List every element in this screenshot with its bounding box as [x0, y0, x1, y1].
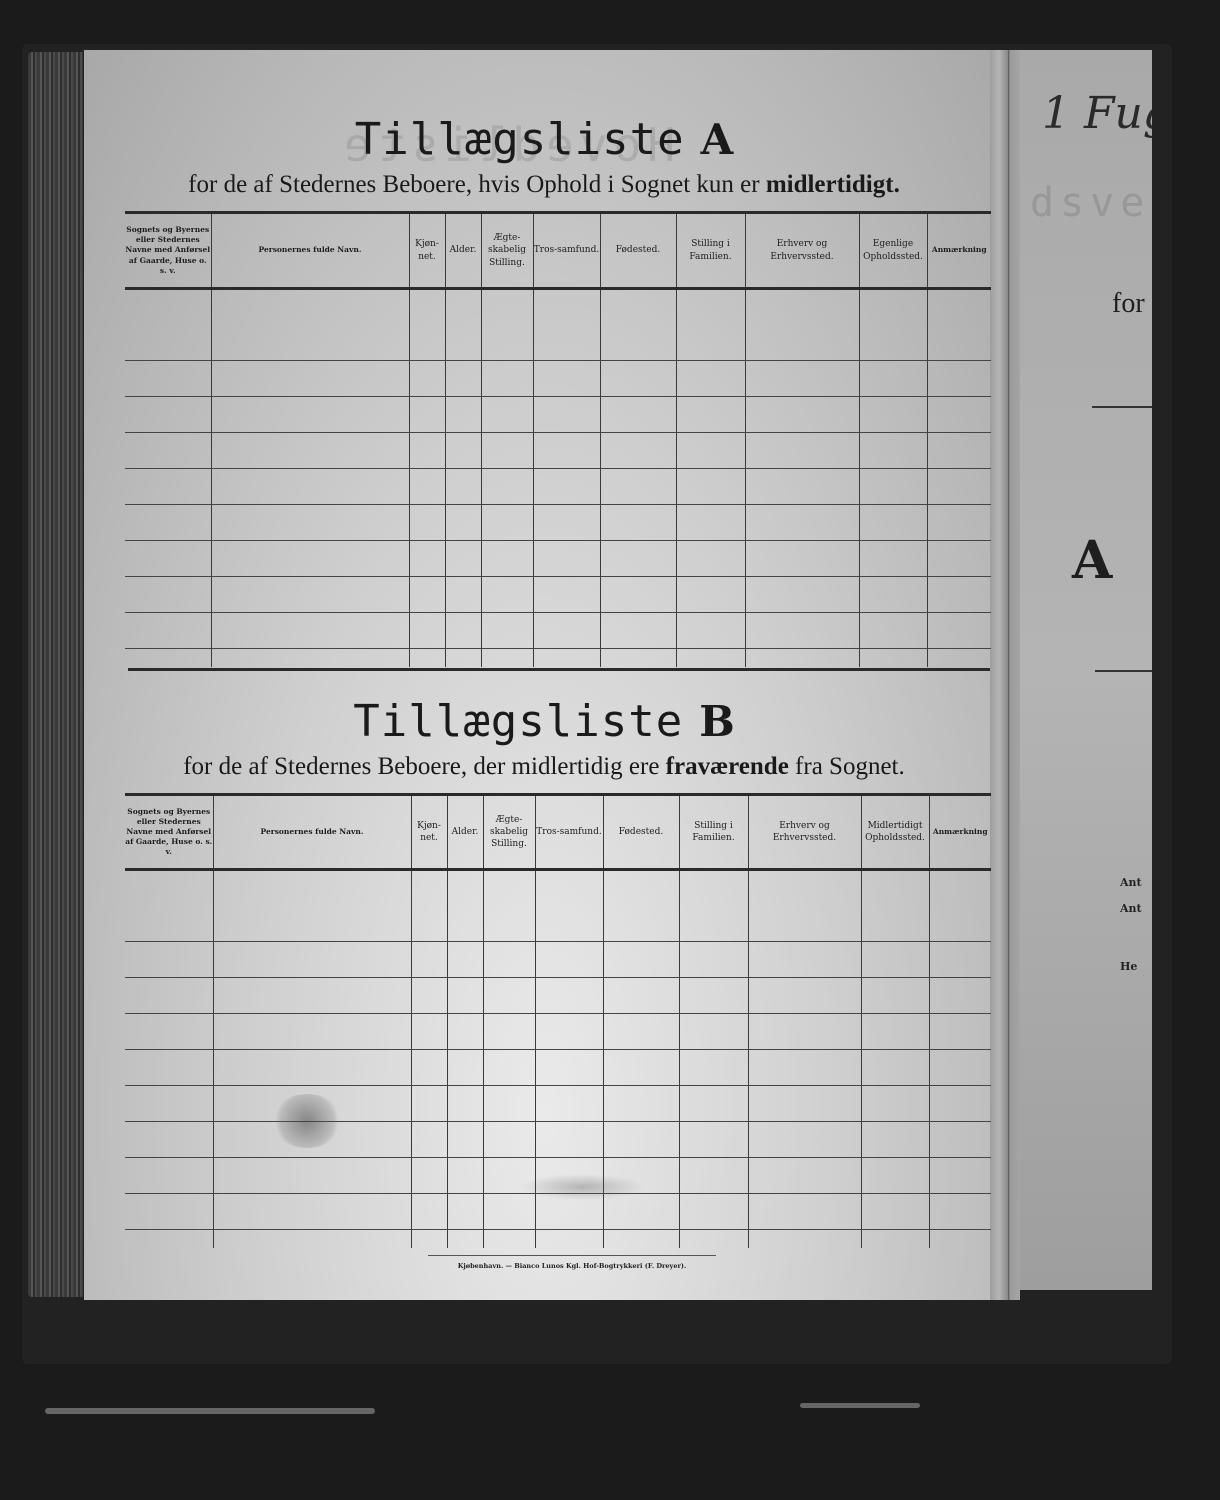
- cell[interactable]: [447, 1230, 483, 1248]
- printer-imprint: Kjøbenhavn. — Bianco Lunos Kgl. Hof-Bogt…: [428, 1262, 716, 1270]
- cell[interactable]: [445, 577, 481, 613]
- cell[interactable]: [679, 1014, 748, 1050]
- table-row: [125, 1050, 991, 1086]
- cell[interactable]: [481, 469, 533, 505]
- column-header-marital: Ægte-skabelig Stilling.: [481, 213, 533, 289]
- column-header-name: Personernes fulde Navn.: [213, 795, 411, 870]
- cell[interactable]: [447, 1194, 483, 1230]
- cell[interactable]: [409, 613, 445, 649]
- cell[interactable]: [603, 942, 679, 978]
- cell[interactable]: [447, 1014, 483, 1050]
- cell[interactable]: [679, 1158, 748, 1194]
- book-cover-edge: [800, 1403, 920, 1408]
- table-row: [125, 613, 991, 649]
- cell[interactable]: [861, 1086, 929, 1122]
- table-row: [125, 978, 991, 1014]
- cell[interactable]: [535, 1230, 603, 1248]
- cell[interactable]: [481, 361, 533, 397]
- cell[interactable]: [213, 1050, 411, 1086]
- cell[interactable]: [676, 613, 745, 649]
- table-row: [125, 541, 991, 577]
- cell[interactable]: [600, 361, 676, 397]
- cell[interactable]: [679, 1086, 748, 1122]
- cell[interactable]: [535, 978, 603, 1014]
- cell[interactable]: [861, 1050, 929, 1086]
- cell[interactable]: [927, 541, 991, 577]
- cell[interactable]: [411, 978, 447, 1014]
- cell[interactable]: [676, 577, 745, 613]
- cell[interactable]: [676, 541, 745, 577]
- cell[interactable]: [411, 1122, 447, 1158]
- cell[interactable]: [859, 505, 927, 541]
- cell[interactable]: [745, 613, 859, 649]
- cell[interactable]: [211, 397, 409, 433]
- cell[interactable]: [748, 1086, 861, 1122]
- cell[interactable]: [447, 1050, 483, 1086]
- cell[interactable]: [861, 942, 929, 978]
- cell[interactable]: [125, 649, 211, 667]
- cell[interactable]: [211, 505, 409, 541]
- cell[interactable]: [481, 541, 533, 577]
- cell[interactable]: [533, 649, 600, 667]
- cell[interactable]: [211, 469, 409, 505]
- facing-label: Ant: [1120, 902, 1142, 915]
- cell[interactable]: [213, 1158, 411, 1194]
- cell[interactable]: [211, 433, 409, 469]
- cell[interactable]: [483, 1014, 535, 1050]
- cell[interactable]: [483, 1086, 535, 1122]
- cell[interactable]: [748, 1194, 861, 1230]
- cell[interactable]: [929, 1086, 991, 1122]
- cell[interactable]: [745, 361, 859, 397]
- cell[interactable]: [679, 1194, 748, 1230]
- column-header-residence: Egenlige Opholdssted.: [859, 213, 927, 289]
- cell[interactable]: [125, 541, 211, 577]
- cell[interactable]: [861, 1230, 929, 1248]
- cell[interactable]: [679, 870, 748, 942]
- cell[interactable]: [861, 870, 929, 942]
- cell[interactable]: [125, 505, 211, 541]
- facing-page: 1 Fug dsve for A Ant Ant He: [1020, 50, 1152, 1290]
- cell[interactable]: [125, 1050, 213, 1086]
- column-header-place: Sognets og Byernes eller Stedernes Navne…: [125, 213, 211, 289]
- cell[interactable]: [676, 361, 745, 397]
- cell[interactable]: [748, 1122, 861, 1158]
- cell[interactable]: [929, 1014, 991, 1050]
- ink-smudge: [520, 1174, 645, 1200]
- cell[interactable]: [533, 289, 600, 361]
- cell[interactable]: [603, 870, 679, 942]
- cell[interactable]: [409, 649, 445, 667]
- cell[interactable]: [125, 1158, 213, 1194]
- cell[interactable]: [676, 433, 745, 469]
- cell[interactable]: [600, 649, 676, 667]
- cell[interactable]: [411, 870, 447, 942]
- column-header-birthplace: Fødested.: [600, 213, 676, 289]
- cell[interactable]: [600, 433, 676, 469]
- cell[interactable]: [927, 577, 991, 613]
- cell[interactable]: [861, 1122, 929, 1158]
- column-header-marital: Ægte-skabelig Stilling.: [483, 795, 535, 870]
- table-row: [125, 577, 991, 613]
- cell[interactable]: [600, 289, 676, 361]
- cell[interactable]: [929, 870, 991, 942]
- cell[interactable]: [745, 505, 859, 541]
- cell[interactable]: [533, 577, 600, 613]
- table-a: Sognets og Byernes eller Stedernes Navne…: [125, 211, 991, 667]
- cell[interactable]: [483, 942, 535, 978]
- cell[interactable]: [679, 942, 748, 978]
- cell[interactable]: [927, 469, 991, 505]
- cell[interactable]: [211, 541, 409, 577]
- cell[interactable]: [745, 541, 859, 577]
- cell[interactable]: [481, 613, 533, 649]
- cell[interactable]: [483, 1050, 535, 1086]
- cell[interactable]: [533, 613, 600, 649]
- cell[interactable]: [445, 361, 481, 397]
- cell[interactable]: [411, 1014, 447, 1050]
- cell[interactable]: [211, 361, 409, 397]
- cell[interactable]: [409, 433, 445, 469]
- cell[interactable]: [533, 361, 600, 397]
- cell[interactable]: [929, 978, 991, 1014]
- subtitle-text: for de af Stedernes Beboere, hvis Ophold…: [188, 171, 759, 198]
- cell[interactable]: [676, 289, 745, 361]
- cell[interactable]: [125, 577, 211, 613]
- column-header-birthplace: Fødested.: [603, 795, 679, 870]
- table-row: [125, 1230, 991, 1248]
- table-row: [125, 433, 991, 469]
- cell[interactable]: [533, 505, 600, 541]
- cell[interactable]: [409, 469, 445, 505]
- cell[interactable]: [676, 505, 745, 541]
- table-b-title: TillægslisteB: [84, 696, 1004, 747]
- cell[interactable]: [745, 433, 859, 469]
- column-header-name: Personernes fulde Navn.: [211, 213, 409, 289]
- cell[interactable]: [409, 289, 445, 361]
- cell[interactable]: [745, 469, 859, 505]
- cell[interactable]: [929, 1230, 991, 1248]
- cell[interactable]: [411, 1086, 447, 1122]
- cell[interactable]: [927, 433, 991, 469]
- column-header-occupation: Erhverv og Erhvervssted.: [745, 213, 859, 289]
- cell[interactable]: [745, 289, 859, 361]
- cell[interactable]: [927, 361, 991, 397]
- cell[interactable]: [535, 1014, 603, 1050]
- column-header-place: Sognets og Byernes eller Stedernes Navne…: [125, 795, 213, 870]
- cell[interactable]: [125, 942, 213, 978]
- cell[interactable]: [676, 397, 745, 433]
- cell[interactable]: [125, 1194, 213, 1230]
- cell[interactable]: [125, 1086, 213, 1122]
- cell[interactable]: [533, 541, 600, 577]
- cell[interactable]: [927, 613, 991, 649]
- cell[interactable]: [748, 978, 861, 1014]
- cell[interactable]: [748, 942, 861, 978]
- cell[interactable]: [213, 942, 411, 978]
- cell[interactable]: [125, 1122, 213, 1158]
- cell[interactable]: [745, 649, 859, 667]
- cell[interactable]: [445, 649, 481, 667]
- cell[interactable]: [927, 397, 991, 433]
- bleed-through-text: dsve: [1030, 180, 1150, 226]
- imprint-rule: [428, 1255, 716, 1256]
- cell[interactable]: [679, 978, 748, 1014]
- cell[interactable]: [125, 1014, 213, 1050]
- cell[interactable]: [125, 613, 211, 649]
- cell[interactable]: [411, 1194, 447, 1230]
- cell[interactable]: [859, 613, 927, 649]
- cell[interactable]: [411, 942, 447, 978]
- cell[interactable]: [125, 978, 213, 1014]
- cell[interactable]: [483, 1194, 535, 1230]
- cell[interactable]: [409, 541, 445, 577]
- table-row: [125, 870, 991, 942]
- cell[interactable]: [927, 289, 991, 361]
- cell[interactable]: [483, 1230, 535, 1248]
- cell[interactable]: [125, 397, 211, 433]
- table-a-subtitle: for de af Stedernes Beboere, hvis Ophold…: [84, 171, 1004, 199]
- cell[interactable]: [411, 1230, 447, 1248]
- cell[interactable]: [600, 613, 676, 649]
- cell[interactable]: [125, 289, 211, 361]
- cell[interactable]: [125, 361, 211, 397]
- cell[interactable]: [748, 1050, 861, 1086]
- column-header-religion: Tros-samfund.: [533, 213, 600, 289]
- cell[interactable]: [745, 397, 859, 433]
- cell[interactable]: [411, 1050, 447, 1086]
- title-text: Tillægsliste: [355, 114, 685, 165]
- handwritten-annotation: 1 Fug: [1042, 88, 1152, 139]
- column-header-family-position: Stilling i Familien.: [679, 795, 748, 870]
- cell[interactable]: [125, 433, 211, 469]
- cell[interactable]: [213, 1014, 411, 1050]
- cell[interactable]: [447, 1086, 483, 1122]
- cell[interactable]: [445, 433, 481, 469]
- cell[interactable]: [929, 1158, 991, 1194]
- rule-line: [1092, 406, 1152, 408]
- cell[interactable]: [929, 1050, 991, 1086]
- cell[interactable]: [483, 1122, 535, 1158]
- cell[interactable]: [600, 541, 676, 577]
- cell[interactable]: [676, 469, 745, 505]
- cell[interactable]: [483, 870, 535, 942]
- cell[interactable]: [213, 978, 411, 1014]
- cell[interactable]: [859, 577, 927, 613]
- book-page-edges: [28, 52, 83, 1297]
- cell[interactable]: [481, 649, 533, 667]
- cell[interactable]: [535, 1122, 603, 1158]
- table-row: [125, 505, 991, 541]
- column-header-remarks: Anmærkning: [929, 795, 991, 870]
- cell[interactable]: [447, 870, 483, 942]
- cell[interactable]: [445, 505, 481, 541]
- book-gutter: [990, 50, 1020, 1300]
- cell[interactable]: [535, 1050, 603, 1086]
- subtitle-emphasis: midlertidigt.: [766, 171, 900, 198]
- cell[interactable]: [409, 505, 445, 541]
- cell[interactable]: [600, 577, 676, 613]
- cell[interactable]: [411, 1158, 447, 1194]
- cell[interactable]: [447, 942, 483, 978]
- cell[interactable]: [603, 1230, 679, 1248]
- title-text: Tillægsliste: [353, 696, 683, 747]
- cell[interactable]: [409, 361, 445, 397]
- rule-line: [1095, 670, 1152, 672]
- cell[interactable]: [859, 433, 927, 469]
- cell[interactable]: [483, 978, 535, 1014]
- cell[interactable]: [679, 1230, 748, 1248]
- cell[interactable]: [213, 1194, 411, 1230]
- cell[interactable]: [748, 1158, 861, 1194]
- cell[interactable]: [859, 541, 927, 577]
- cell[interactable]: [125, 469, 211, 505]
- table-row: [125, 361, 991, 397]
- cell[interactable]: [603, 1050, 679, 1086]
- cell[interactable]: [445, 613, 481, 649]
- cell[interactable]: [929, 942, 991, 978]
- column-header-family-position: Stilling i Familien.: [676, 213, 745, 289]
- cell[interactable]: [859, 397, 927, 433]
- cell[interactable]: [211, 577, 409, 613]
- cell[interactable]: [481, 505, 533, 541]
- cell[interactable]: [533, 433, 600, 469]
- cell[interactable]: [603, 1122, 679, 1158]
- subtitle-text: fra Sognet.: [795, 753, 905, 780]
- table-b-subtitle: for de af Stedernes Beboere, der midlert…: [84, 753, 1004, 781]
- facing-label: He: [1120, 960, 1137, 973]
- cell[interactable]: [533, 469, 600, 505]
- facing-section-letter: A: [1072, 530, 1112, 591]
- cell[interactable]: [603, 1086, 679, 1122]
- title-letter: B: [699, 697, 735, 746]
- column-header-temp-residence: Midlertidigt Opholdssted.: [861, 795, 929, 870]
- cell[interactable]: [600, 505, 676, 541]
- cell[interactable]: [211, 613, 409, 649]
- table-row: [125, 289, 991, 361]
- cell[interactable]: [447, 1122, 483, 1158]
- ink-stain: [272, 1094, 342, 1148]
- column-header-age: Alder.: [447, 795, 483, 870]
- table-a-title: TillægslisteA: [84, 114, 1004, 165]
- column-header-occupation: Erhverv og Erhvervssted.: [748, 795, 861, 870]
- column-header-remarks: Anmærkning: [927, 213, 991, 289]
- cell[interactable]: [445, 469, 481, 505]
- book-cover-edge: [45, 1408, 375, 1414]
- cell[interactable]: [125, 1230, 213, 1248]
- cell[interactable]: [927, 505, 991, 541]
- cell[interactable]: [679, 1050, 748, 1086]
- cell[interactable]: [213, 1230, 411, 1248]
- column-header-sex: Kjøn-net.: [411, 795, 447, 870]
- cell[interactable]: [481, 577, 533, 613]
- cell[interactable]: [533, 397, 600, 433]
- cell[interactable]: [861, 1194, 929, 1230]
- cell[interactable]: [211, 649, 409, 667]
- cell[interactable]: [748, 1230, 861, 1248]
- cell[interactable]: [445, 541, 481, 577]
- cell[interactable]: [861, 1158, 929, 1194]
- table-row: [125, 397, 991, 433]
- cell[interactable]: [859, 289, 927, 361]
- cell[interactable]: [445, 397, 481, 433]
- cell[interactable]: [600, 397, 676, 433]
- cell[interactable]: [679, 1122, 748, 1158]
- cell[interactable]: [535, 1086, 603, 1122]
- cell[interactable]: [748, 870, 861, 942]
- cell[interactable]: [445, 289, 481, 361]
- cell[interactable]: [745, 577, 859, 613]
- cell[interactable]: [861, 978, 929, 1014]
- column-header-religion: Tros-samfund.: [535, 795, 603, 870]
- cell[interactable]: [600, 469, 676, 505]
- subtitle-text: for de af Stedernes Beboere, der midlert…: [183, 753, 659, 780]
- cell[interactable]: [125, 870, 213, 942]
- cell[interactable]: [535, 870, 603, 942]
- column-header-age: Alder.: [445, 213, 481, 289]
- cell[interactable]: [929, 1194, 991, 1230]
- cell[interactable]: [211, 289, 409, 361]
- cell[interactable]: [447, 1158, 483, 1194]
- cell[interactable]: [603, 978, 679, 1014]
- cell[interactable]: [603, 1194, 679, 1230]
- cell[interactable]: [748, 1014, 861, 1050]
- cell[interactable]: [676, 649, 745, 667]
- cell[interactable]: [481, 397, 533, 433]
- table-row: [125, 1122, 991, 1158]
- table-row: [125, 649, 991, 667]
- section-divider: [128, 668, 990, 671]
- cell[interactable]: [859, 361, 927, 397]
- cell[interactable]: [859, 649, 927, 667]
- cell[interactable]: [447, 978, 483, 1014]
- cell[interactable]: [861, 1014, 929, 1050]
- facing-for-label: for: [1112, 288, 1145, 320]
- cell[interactable]: [481, 289, 533, 361]
- cell[interactable]: [927, 649, 991, 667]
- table-row: [125, 1086, 991, 1122]
- column-header-sex: Kjøn-net.: [409, 213, 445, 289]
- cell[interactable]: [859, 469, 927, 505]
- cell[interactable]: [603, 1014, 679, 1050]
- cell[interactable]: [535, 942, 603, 978]
- subtitle-emphasis: fraværende: [666, 753, 789, 780]
- table-row: [125, 469, 991, 505]
- table-row: [125, 942, 991, 978]
- facing-label: Ant: [1120, 876, 1142, 889]
- cell[interactable]: [409, 397, 445, 433]
- cell[interactable]: [481, 433, 533, 469]
- table-row: [125, 1194, 991, 1230]
- table-row: [125, 1014, 991, 1050]
- cell[interactable]: [213, 870, 411, 942]
- title-letter: A: [701, 115, 734, 164]
- cell[interactable]: [929, 1122, 991, 1158]
- cell[interactable]: [409, 577, 445, 613]
